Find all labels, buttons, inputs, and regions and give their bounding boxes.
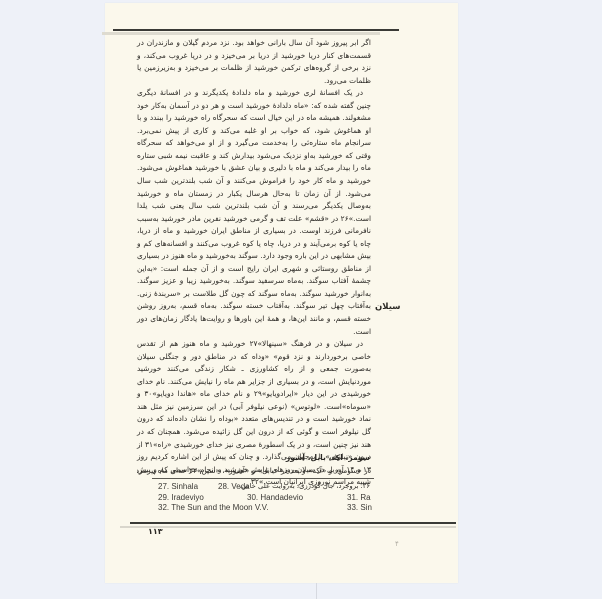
- footnote-29: 29. Iradeviyo: [158, 493, 204, 502]
- footnote-30: 30. Handadevio: [247, 493, 303, 502]
- page-number: ۱۱۳: [148, 527, 163, 536]
- top-rule-shadow: [102, 32, 380, 35]
- footnote-fa: ۲۶. بروجرد، جال گودرزی، به‌روایت علی خاص…: [240, 482, 370, 490]
- footnote-28: 28. Veda: [218, 482, 250, 491]
- footnote-rule: [152, 478, 374, 479]
- paragraph-1: اگر ابر پیروز شود آن سال بارانی خواهد بو…: [137, 37, 371, 87]
- section-first-line: در «سومر» و «آکد» و بعد در «بابل» و «آشو…: [137, 466, 371, 475]
- section-title: سومر، اکد، بابل، آشور: [250, 453, 370, 462]
- bleed-through-mark: ۴: [395, 540, 399, 548]
- footnote-32: 32. The Sun and the Moon V.V.: [158, 503, 268, 512]
- footnote-27: 27. Sinhala: [158, 482, 198, 491]
- footnote-33: 33. Sin: [347, 503, 372, 512]
- paragraph-2: در یک افسانهٔ لری خورشید و ماه دلدادهٔ ی…: [137, 87, 371, 338]
- bottom-rule: [130, 522, 456, 524]
- top-rule: [113, 29, 399, 31]
- footnote-31: 31. Ra: [347, 493, 371, 502]
- side-heading: سیلان: [375, 302, 401, 312]
- bottom-rule-shadow: [120, 526, 456, 528]
- body-text: اگر ابر پیروز شود آن سال بارانی خواهد بو…: [137, 37, 371, 489]
- scan-crease: [316, 583, 317, 599]
